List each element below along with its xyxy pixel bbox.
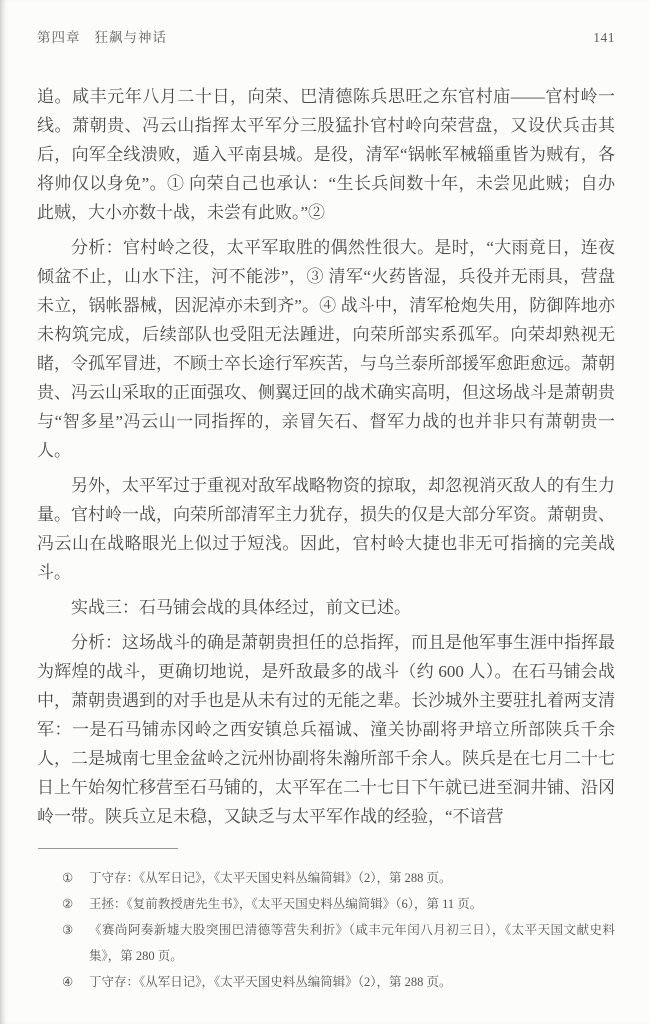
footnote-separator-rule	[38, 848, 178, 849]
paragraph-battle-3: 实战三：石马铺会战的具体经过，前文已述。	[37, 593, 615, 622]
footnote-1-text: 丁守存：《从军日记》，《太平天国史料丛编简辑》（2），第 288 页。	[89, 865, 615, 891]
paragraph-another: 另外，太平军过于重视对敌军战略物资的掠取，却忽视消灭敌人的有生力量。官村岭一战，…	[37, 471, 615, 587]
footnotes-section: ① 丁守存：《从军日记》，《太平天国史料丛编简辑》（2），第 288 页。 ② …	[37, 848, 615, 995]
paragraph-continuation: 追。咸丰元年八月二十日，向荣、巴清德陈兵思旺之东官村庙——官村岭一线。萧朝贵、冯…	[37, 82, 615, 227]
footnote-2-marker: ②	[62, 891, 89, 917]
footnote-3: ③ 《赛尚阿奏新墟大股突围巴清德等营失利折》（咸丰元年闰八月初三日），《太平天国…	[37, 917, 615, 969]
footnote-4: ④ 丁守存：《从军日记》，《太平天国史料丛编简辑》（2），第 288 页。	[37, 969, 615, 995]
footnote-2: ② 王拯：《复前教授唐先生书》，《太平天国史料丛编简辑》（6），第 11 页。	[37, 891, 615, 917]
footnote-2-text: 王拯：《复前教授唐先生书》，《太平天国史料丛编简辑》（6），第 11 页。	[89, 891, 615, 917]
paragraph-analysis-2: 分析：这场战斗的确是萧朝贵担任的总指挥，而且是他军事生涯中指挥最为辉煌的战斗，更…	[37, 628, 615, 831]
footnote-3-text: 《赛尚阿奏新墟大股突围巴清德等营失利折》（咸丰元年闰八月初三日），《太平天国文献…	[89, 917, 615, 969]
footnote-3-marker: ③	[62, 917, 89, 943]
chapter-label: 第四章	[37, 26, 81, 46]
page-header: 第四章 狂飙与神话 141	[37, 26, 615, 46]
footnote-4-text: 丁守存：《从军日记》，《太平天国史料丛编简辑》（2），第 288 页。	[89, 969, 615, 995]
chapter-title: 狂飙与神话	[95, 26, 168, 46]
body-text: 追。咸丰元年八月二十日，向荣、巴清德陈兵思旺之东官村庙——官村岭一线。萧朝贵、冯…	[37, 82, 615, 837]
footnote-4-marker: ④	[62, 969, 89, 995]
page-number: 141	[593, 30, 615, 46]
footnote-1-marker: ①	[62, 865, 89, 891]
paragraph-analysis-1: 分析：官村岭之役，太平军取胜的偶然性很大。是时，“大雨竟日，连夜倾盆不止，山水下…	[37, 233, 615, 465]
book-page: 第四章 狂飙与神话 141 追。咸丰元年八月二十日，向荣、巴清德陈兵思旺之东官村…	[0, 0, 649, 1024]
running-head: 第四章 狂飙与神话	[37, 26, 167, 46]
footnote-1: ① 丁守存：《从军日记》，《太平天国史料丛编简辑》（2），第 288 页。	[37, 865, 615, 891]
